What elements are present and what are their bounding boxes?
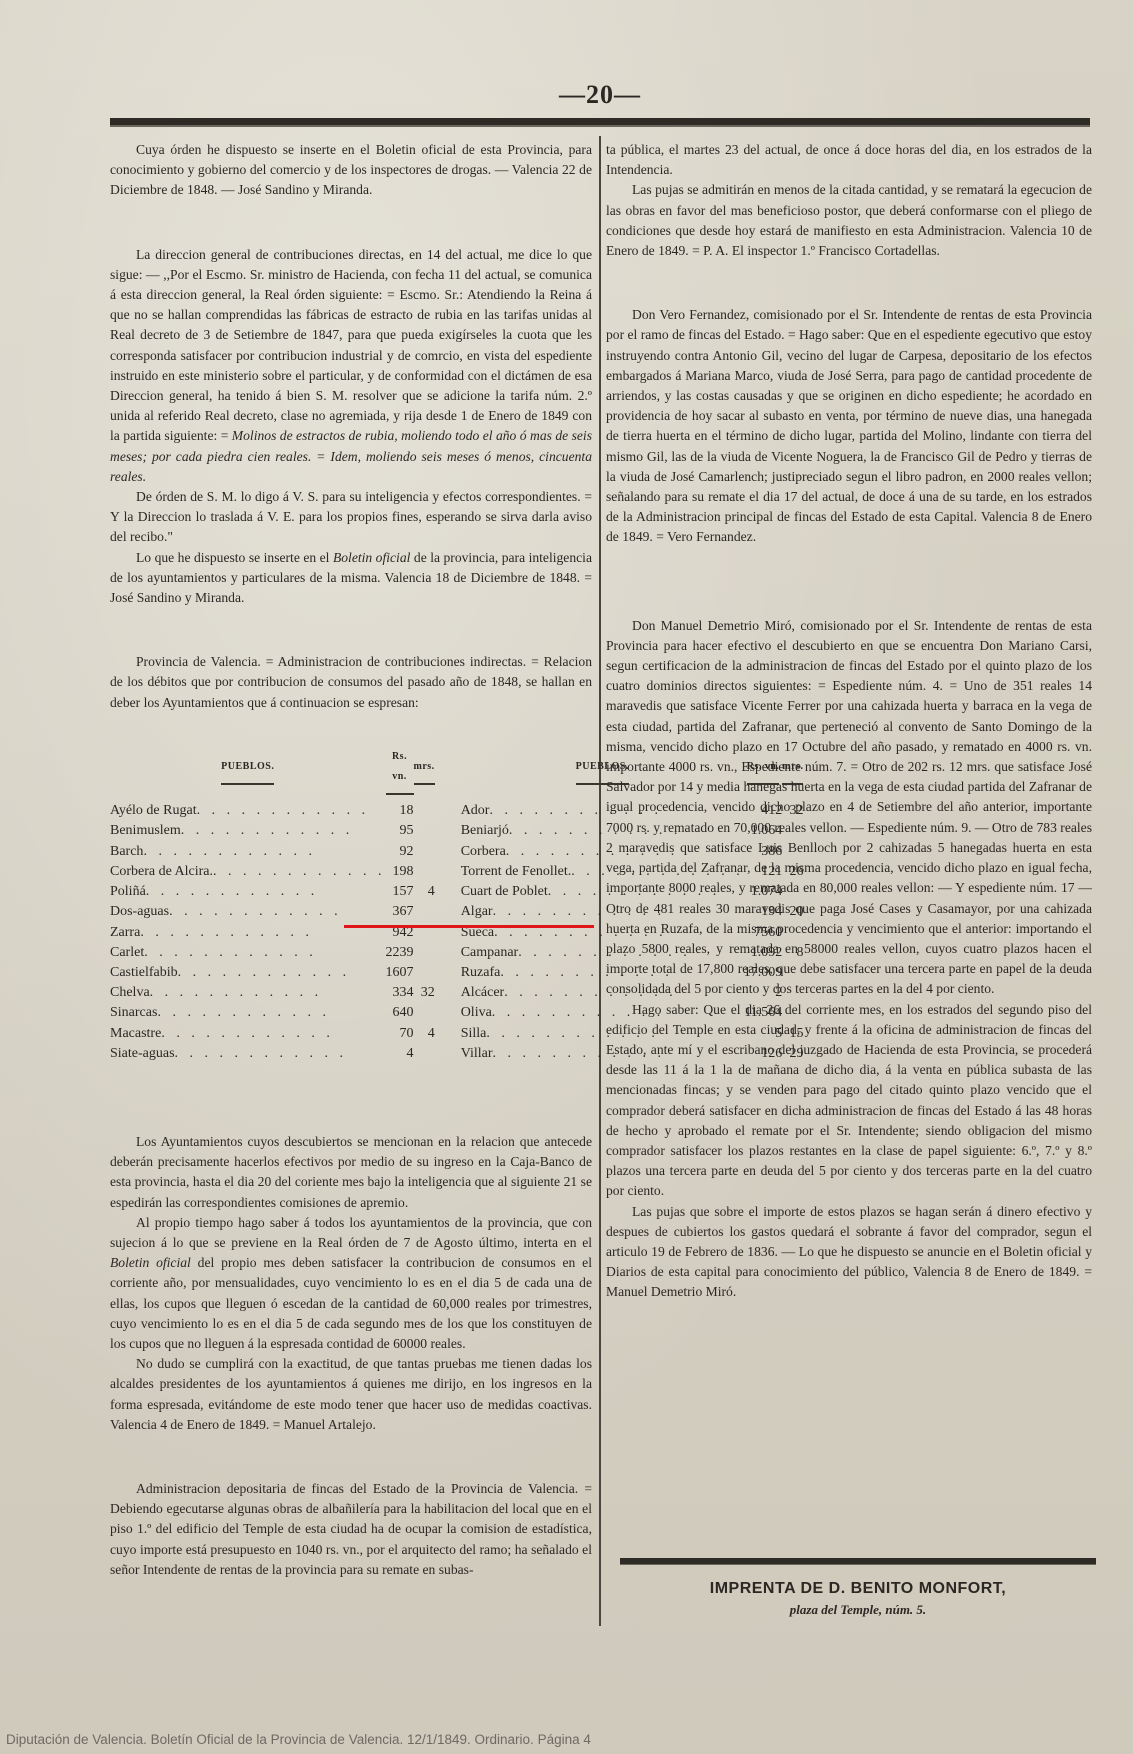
maravedis-cell: [414, 1003, 443, 1023]
town-name-cell: Ayélo de Rugat . . . . . . . . . . . .: [110, 801, 386, 821]
fincas-notice: Administracion depositaria de fincas del…: [110, 1479, 592, 1580]
maravedis-cell: 4: [414, 1024, 443, 1044]
printer-address: plaza del Temple, núm. 5.: [620, 1602, 1096, 1618]
maravedis-cell: [414, 1044, 443, 1064]
red-highlight-underline: [344, 925, 594, 928]
column-header: PUEBLOS.: [221, 757, 274, 785]
column-header: Rs. vn.: [386, 747, 414, 795]
town-name-cell: Chelva . . . . . . . . . . . .: [110, 983, 386, 1003]
printer-name: IMPRENTA DE D. BENITO MONFORT,: [620, 1580, 1096, 1598]
maravedis-cell: [414, 963, 443, 983]
reales-cell: 157: [386, 882, 414, 902]
imprint: IMPRENTA DE D. BENITO MONFORT, plaza del…: [620, 1580, 1096, 1618]
fincas-continued: ta pública, el martes 23 del actual, de …: [606, 140, 1092, 180]
provincia-notice: Provincia de Valencia. = Administracion …: [110, 652, 592, 1435]
maravedis-cell: [414, 842, 443, 862]
left-column: Cuya órden he dispuesto se inserte en el…: [110, 140, 592, 1580]
reales-cell: 198: [386, 862, 414, 882]
closing-order-paragraph: Cuya órden he dispuesto se inserte en el…: [110, 140, 592, 201]
no-dudo-paragraph: No dudo se cumplirá con la exactitud, de…: [110, 1354, 592, 1435]
reales-cell: 92: [386, 842, 414, 862]
town-name-cell: Barch . . . . . . . . . . . .: [110, 842, 386, 862]
column-header: mrs.: [414, 757, 435, 785]
direccion-paragraph-2: De órden de S. M. lo digo á V. S. para s…: [110, 487, 592, 548]
maravedis-cell: 32: [414, 983, 443, 1003]
imprint-rule: [620, 1558, 1096, 1565]
miro-paragraph-3: Las pujas que sobre el importe de estos …: [606, 1202, 1092, 1303]
miro-paragraph-2: Hago saber: Que el dia 26 del corriente …: [606, 1000, 1092, 1202]
town-name-cell: Castielfabib . . . . . . . . . . . .: [110, 963, 386, 983]
reales-cell: 95: [386, 821, 414, 841]
page-number: —20—: [540, 80, 660, 110]
reales-cell: 70: [386, 1024, 414, 1044]
header-rule: [110, 118, 1090, 127]
reales-cell: 640: [386, 1003, 414, 1023]
town-name-cell: Carlet . . . . . . . . . . . .: [110, 943, 386, 963]
pujas-paragraph: Las pujas se admitirán en menos de la ci…: [606, 180, 1092, 261]
town-name-cell: Macastre . . . . . . . . . . . .: [110, 1024, 386, 1044]
maravedis-cell: 4: [414, 882, 443, 902]
town-name-cell: Benimuslem . . . . . . . . . . . .: [110, 821, 386, 841]
direccion-paragraph-1: La direccion general de contribuciones d…: [110, 245, 592, 487]
maravedis-cell: [414, 821, 443, 841]
provincia-intro: Provincia de Valencia. = Administracion …: [110, 652, 592, 713]
direccion-notice: La direccion general de contribuciones d…: [110, 245, 592, 609]
archive-caption: Diputación de Valencia. Boletín Oficial …: [6, 1732, 591, 1747]
propio-tiempo-paragraph: Al propio tiempo hago saber á todos los …: [110, 1213, 592, 1354]
maravedis-cell: [414, 801, 443, 821]
miro-paragraph-1: Don Manuel Demetrio Miró, comisionado po…: [606, 616, 1092, 1000]
maravedis-cell: [414, 862, 443, 882]
maravedis-cell: [414, 943, 443, 963]
newspaper-page: —20— Cuya órden he dispuesto se inserte …: [0, 0, 1133, 1754]
ayuntamientos-paragraph: Los Ayuntamientos cuyos descubiertos se …: [110, 1132, 592, 1213]
maravedis-cell: [414, 902, 443, 922]
reales-cell: 1607: [386, 963, 414, 983]
reales-cell: 18: [386, 801, 414, 821]
right-column: ta pública, el martes 23 del actual, de …: [606, 140, 1092, 1303]
town-name-cell: Dos-aguas . . . . . . . . . . . .: [110, 902, 386, 922]
town-name-cell: Poliñá . . . . . . . . . . . .: [110, 882, 386, 902]
town-name-cell: Sinarcas . . . . . . . . . . . .: [110, 1003, 386, 1023]
reales-cell: 334: [386, 983, 414, 1003]
town-name-cell: Siate-aguas . . . . . . . . . . . .: [110, 1044, 386, 1064]
reales-cell: 2239: [386, 943, 414, 963]
town-name-cell: Corbera de Alcira. . . . . . . . . . . .…: [110, 862, 386, 882]
vero-fernandez-notice: Don Vero Fernandez, comisionado por el S…: [606, 305, 1092, 547]
reales-cell: 367: [386, 902, 414, 922]
reales-cell: 4: [386, 1044, 414, 1064]
direccion-paragraph-3: Lo que he dispuesto se inserte en el Bol…: [110, 548, 592, 609]
